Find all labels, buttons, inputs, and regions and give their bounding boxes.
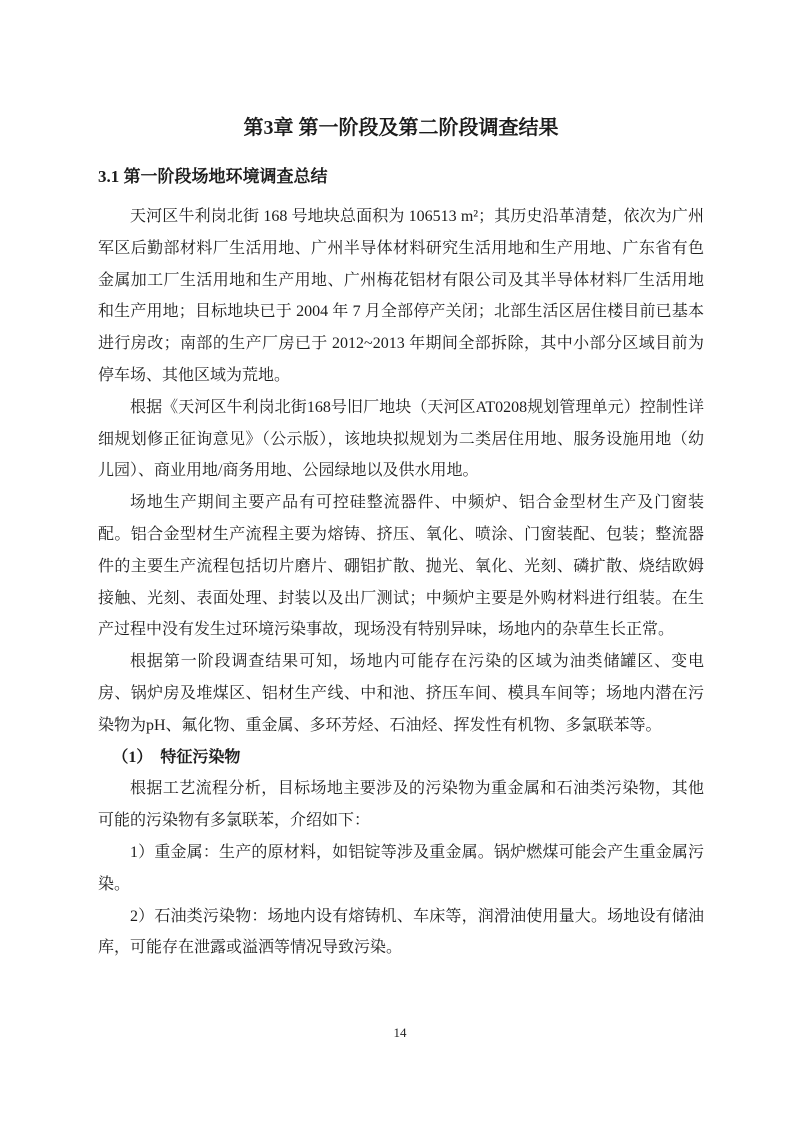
document-body: 第3章 第一阶段及第二阶段调查结果 3.1 第一阶段场地环境调查总结 天河区牛利… bbox=[98, 0, 704, 964]
paragraph-item-heavy-metal: 1）重金属：生产的原材料，如铝锭等涉及重金属。锅炉燃煤可能会产生重金属污染。 bbox=[98, 837, 704, 901]
paragraph-planning: 根据《天河区牛利岗北街168号旧厂地块（天河区AT0208规划管理单元）控制性详… bbox=[98, 392, 704, 487]
page-number: 14 bbox=[0, 1024, 800, 1042]
paragraph-pollutant-intro: 根据工艺流程分析，目标场地主要涉及的污染物为重金属和石油类污染物，其他可能的污染… bbox=[98, 773, 704, 837]
paragraph-item-petroleum: 2）石油类污染物：场地内设有熔铸机、车床等，润滑油使用量大。场地设有储油库，可能… bbox=[98, 901, 704, 965]
chapter-title: 第3章 第一阶段及第二阶段调查结果 bbox=[98, 112, 704, 144]
document-page: 第3章 第一阶段及第二阶段调查结果 3.1 第一阶段场地环境调查总结 天河区牛利… bbox=[0, 0, 800, 1131]
section-heading: 3.1 第一阶段场地环境调查总结 bbox=[98, 163, 704, 190]
paragraph-site-history: 天河区牛利岗北街 168 号地块总面积为 106513 m²；其历史沿革清楚，依… bbox=[98, 201, 704, 392]
paragraph-phase1-result: 根据第一阶段调查结果可知，场地内可能存在污染的区域为油类储罐区、变电房、锅炉房及… bbox=[98, 646, 704, 741]
paragraph-production: 场地生产期间主要产品有可控硅整流器件、中频炉、铝合金型材生产及门窗装配。铝合金型… bbox=[98, 487, 704, 646]
subsection-heading-characteristic-pollutants: （1） 特征污染物 bbox=[98, 742, 704, 774]
